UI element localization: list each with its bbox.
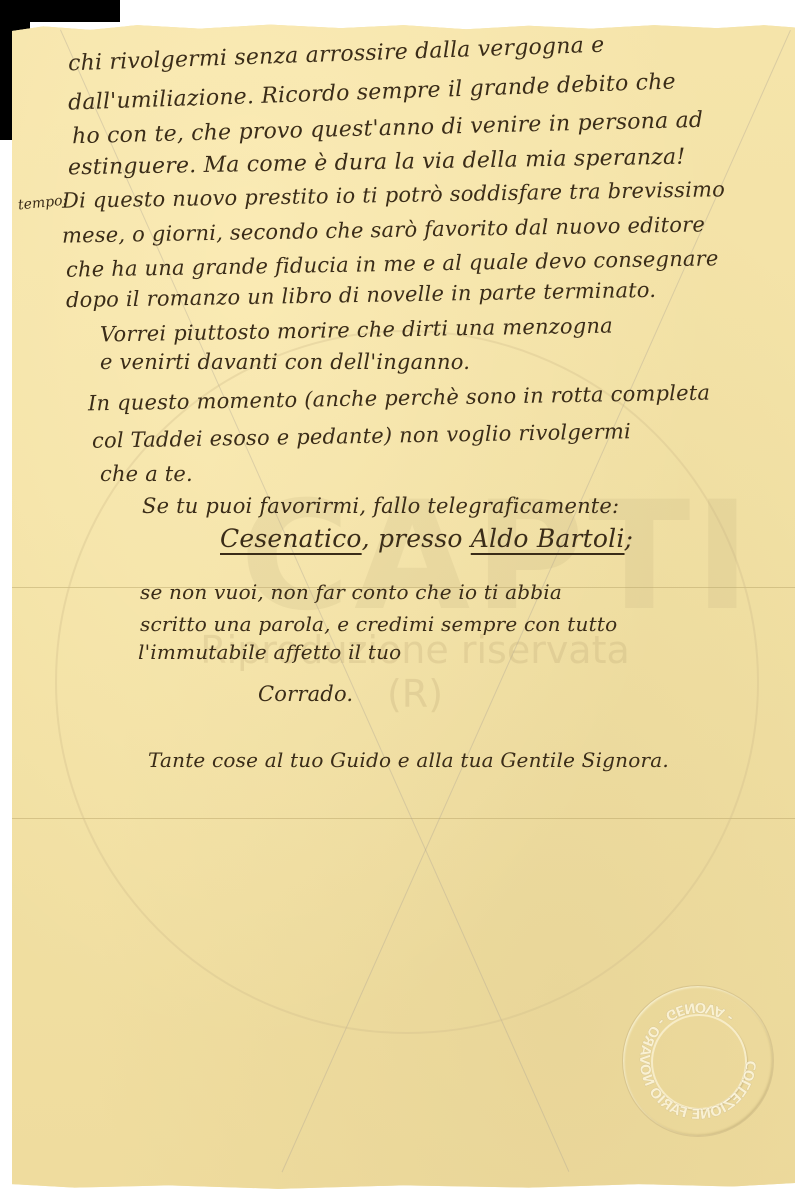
letter-line: che a te.: [100, 462, 193, 486]
address-separator: , presso: [362, 524, 471, 553]
letter-line: scritto una parola, e credimi sempre con…: [140, 612, 617, 636]
telegraph-address: Cesenatico, presso Aldo Bartoli;: [220, 524, 633, 553]
postscript: Tante cose al tuo Guido e alla tua Genti…: [148, 748, 669, 772]
embossed-collection-stamp: COLLEZIONE FARIO NOVARO - GENOVA -: [622, 985, 774, 1137]
address-place: Cesenatico: [220, 524, 362, 553]
address-name: Aldo Bartoli: [471, 524, 625, 553]
letter-line: se non vuoi, non far conto che io ti abb…: [140, 580, 562, 604]
letter-line: Se tu puoi favorirmi, fallo telegraficam…: [142, 494, 619, 518]
letter-line: e venirti davanti con dell'inganno.: [100, 350, 470, 374]
signature: Corrado.: [258, 682, 353, 706]
stamp-text: COLLEZIONE FARIO NOVARO - GENOVA -: [623, 986, 773, 1136]
address-end: ;: [625, 524, 634, 553]
letter-line: l'immutabile affetto il tuo: [138, 640, 401, 664]
svg-text:COLLEZIONE FARIO NOVARO - GENO: COLLEZIONE FARIO NOVARO - GENOVA -: [636, 999, 760, 1123]
